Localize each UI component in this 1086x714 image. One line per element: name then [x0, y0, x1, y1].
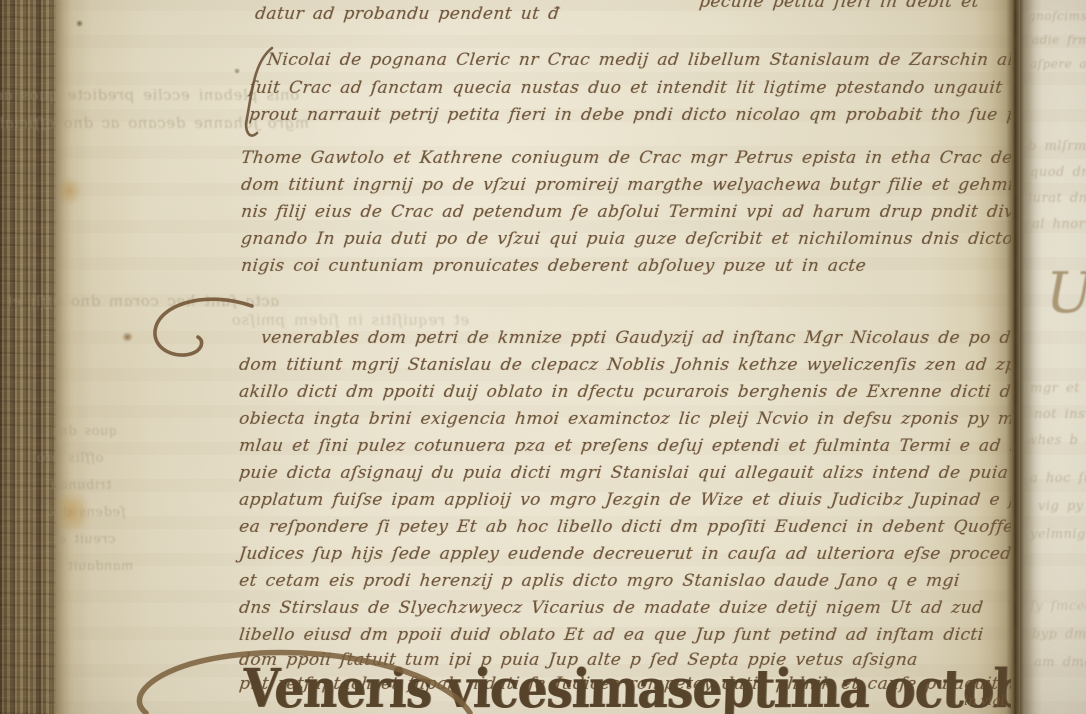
bleedthrough-line: whes b Glo: [1026, 434, 1086, 447]
date-heading: Veneris vicesimaseptima octob: [242, 658, 1011, 714]
handwritten-text-block: pecune petita fieri in debit etdatur ad …: [0, 0, 1011, 714]
bleedthrough-line: mgr et ds: [1030, 382, 1086, 395]
bleedthrough-line: gnoſcims: [1028, 10, 1086, 22]
bleedthrough-line: am dmo: [1034, 656, 1086, 669]
manuscript-line: libello eiusd dm ppoii duid oblato Et ad…: [238, 627, 984, 644]
manuscript-line: akillo dicti dm ppoiti duij oblato in df…: [238, 384, 1011, 401]
manuscript-line: Judices ſup hijs ſede appley eudende dec…: [238, 546, 1011, 563]
manuscript-line: datur ad probandu pendent ut đ: [254, 6, 560, 23]
manuscript-line: applatum fuiſse ipam applioij vo mgro Je…: [238, 492, 1011, 509]
manuscript-line: nigis coi cuntuniam pronuicates deberent…: [240, 258, 867, 275]
bleedthrough-line: ſy ſmced: [1030, 600, 1086, 613]
bleedthrough-line: aſpere ad: [1030, 58, 1086, 70]
bleedthrough-line: U: [1046, 266, 1086, 322]
manuscript-line: gnando In puia duti po de vſzui qui puia…: [240, 231, 1011, 248]
manuscript-line: nis filij eius de Crac ad petendum ſe ab…: [240, 204, 1011, 221]
manuscript-line: venerables dom petri de kmnize ppti Gaud…: [260, 330, 1011, 347]
bleedthrough-line: al hnor: [1032, 218, 1085, 231]
initial-flourish-entry-3: [155, 299, 252, 355]
manuscript-line: ſuit Crac ad ſanctam quecia nustas duo e…: [248, 80, 1011, 97]
bleedthrough-line: not ins: [1034, 408, 1085, 421]
manuscript-line: dom titiunt ingrnij po de vſzui promirei…: [240, 177, 1011, 194]
manuscript-line: prout narrauit petrij petita fieri in de…: [248, 107, 1011, 124]
manuscript-line: mlau et ſini pulez cotunuera pza et preſ…: [238, 438, 1011, 455]
manuscript-line: obiecta ingta brini exigencia hmoi exami…: [238, 411, 1011, 428]
bleedthrough-line: quod dm: [1030, 166, 1086, 179]
bleedthrough-line: a hoc ſup: [1030, 472, 1086, 485]
manuscript-line: pecune petita fieri in debit et: [698, 0, 980, 11]
bleedthrough-line: b mlſrm: [1028, 140, 1086, 153]
manuscript-line: dns Stirslaus de Slyechzwyecz Vicarius d…: [238, 600, 984, 617]
bleedthrough-line: vig py: [1038, 500, 1084, 513]
manuscript-line: Nicolai de pognana Cleric nr Crac medij …: [266, 52, 1011, 69]
manuscript-line: puie dicta aſsignauj du puia dicti mgri …: [238, 465, 1011, 482]
manuscript-line: et cetam eis prodi herenzij p aplis dict…: [238, 573, 960, 590]
bleedthrough-line: adie frm: [1032, 34, 1086, 46]
bleedthrough-line: yelmnig: [1030, 528, 1086, 541]
manuscript-line: Thome Gawtolo et Kathrene coniugum de Cr…: [240, 150, 1011, 167]
bleedthrough-line: byp dmy: [1032, 628, 1086, 641]
bleedthrough-line: iurat dns: [1028, 192, 1086, 205]
manuscript-line: ea reſpondere ſi petey Et ab hoc libello…: [238, 519, 1011, 536]
manuscript-line: dom titiunt mgrij Stanislau de clepacz N…: [238, 357, 1011, 374]
marginal-note: in vigl: [964, 694, 1005, 709]
manuscript-scan: onis plebani ecclie predicte quos ad hoc…: [0, 0, 1086, 714]
